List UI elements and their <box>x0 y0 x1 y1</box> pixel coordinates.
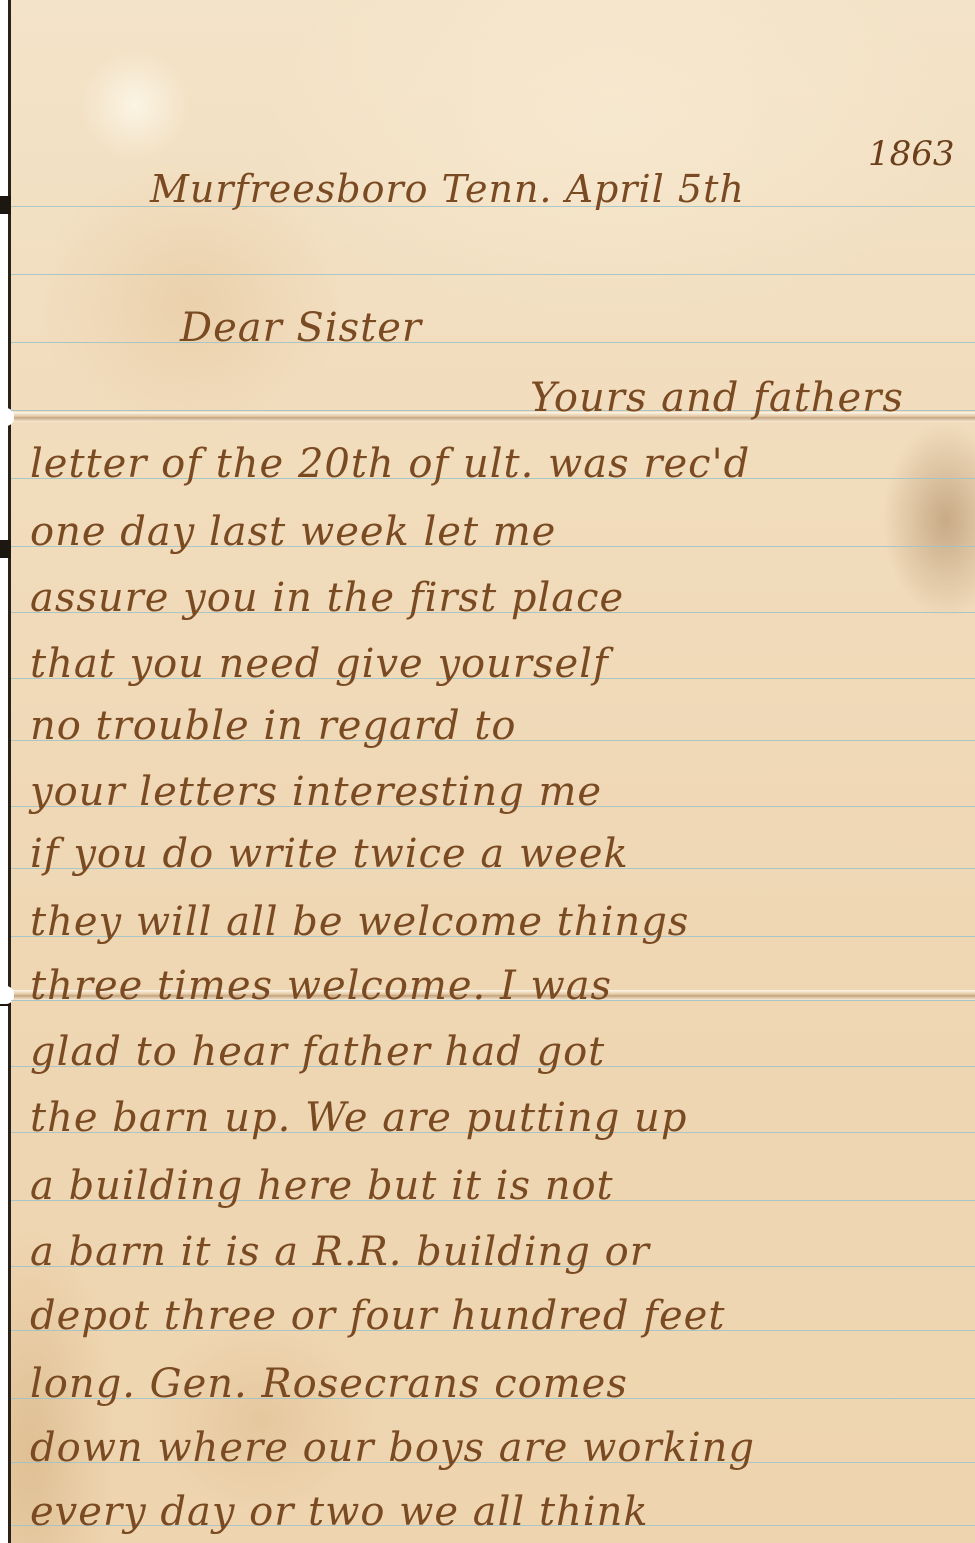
letter-body-line: long. Gen. Rosecrans comes <box>30 1364 965 1404</box>
letter-year: 1863 <box>868 134 955 174</box>
letter-body-line: letter of the 20th of ult. was rec'd <box>30 444 965 484</box>
letter-body-line: they will all be welcome things <box>30 902 965 942</box>
letter-salutation: Dear Sister <box>180 308 975 348</box>
letter-body-line: if you do write twice a week <box>30 834 965 874</box>
letter-body-line: depot three or four hundred feet <box>30 1296 965 1336</box>
letter-body-line: a barn it is a R.R. building or <box>30 1232 965 1272</box>
letter-body-line: assure you in the first place <box>30 578 965 618</box>
letter-body-line: one day last week let me <box>30 512 965 552</box>
letter-body-line: three times welcome. I was <box>30 966 965 1006</box>
letter-body-line: a building here but it is not <box>30 1166 965 1206</box>
letter-body-line: glad to hear father had got <box>30 1032 965 1072</box>
letter-body-line: Yours and fathers <box>530 378 975 418</box>
letter-body-line: the barn up. We are putting up <box>30 1098 965 1138</box>
letter-body-line: down where our boys are working <box>30 1428 965 1468</box>
ruled-line <box>11 274 975 275</box>
paper-smudge <box>80 50 190 160</box>
letter-dateline: Murfreesboro Tenn. April 5th <box>150 170 975 208</box>
letter-body-line: your letters interesting me <box>30 772 965 812</box>
letter-body-line: every day or two we all think <box>30 1492 965 1532</box>
letter-body-line: that you need give yourself <box>30 644 965 684</box>
letter-body-line: no trouble in regard to <box>30 706 965 746</box>
